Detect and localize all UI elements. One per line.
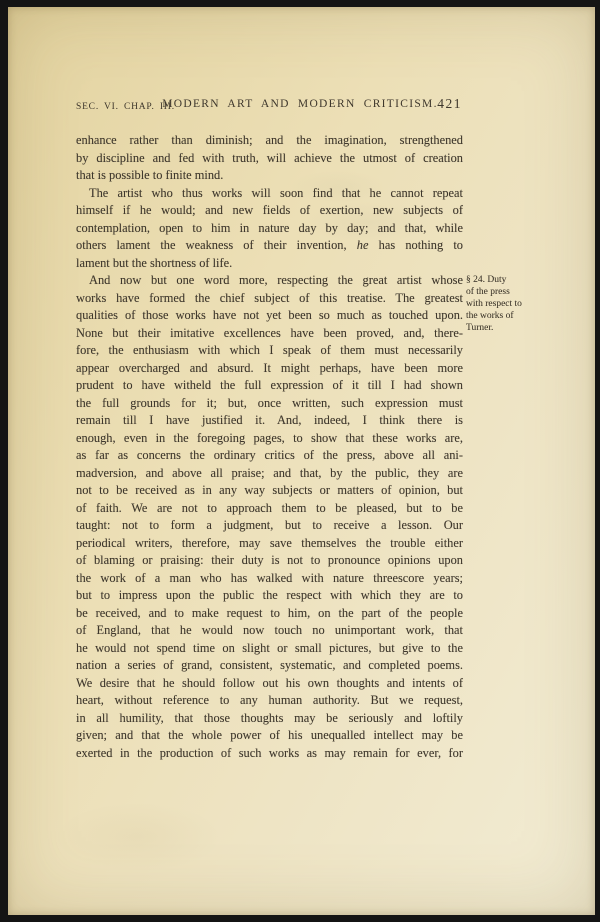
- text-line: given; and that the whole power of his u…: [76, 727, 463, 745]
- page-title: MODERN ART AND MODERN CRITICISM.: [0, 98, 600, 110]
- margin-note-line: Turner.: [466, 322, 552, 334]
- page-number: 421: [437, 96, 462, 112]
- text-line: None but their imitative excellences hav…: [76, 325, 463, 343]
- text-line: others lament the weakness of their inve…: [76, 237, 463, 255]
- text-line: remain till I have justified it. And, in…: [76, 412, 463, 430]
- text-line: of blaming or praising: their duty is no…: [76, 552, 463, 570]
- text-line: he would not spend time on slight or sma…: [76, 640, 463, 658]
- paragraph: And now but one word more, respecting th…: [76, 272, 463, 762]
- margin-note-line: the works of: [466, 310, 552, 322]
- text-line: the full grounds for it; but, once writt…: [76, 395, 463, 413]
- text-line: by discipline and fed with truth, will a…: [76, 150, 463, 168]
- text-line: periodical writers, therefore, may save …: [76, 535, 463, 553]
- text-line: that is possible to finite mind.: [76, 167, 463, 185]
- text-line: We desire that he should follow out his …: [76, 675, 463, 693]
- text-line: as far as concerns the ordinary critics …: [76, 447, 463, 465]
- margin-note-line: with respect to: [466, 298, 552, 310]
- text-line: works have formed the chief subject of t…: [76, 290, 463, 308]
- text-line: qualities of those works have not yet be…: [76, 307, 463, 325]
- text-line: appear overcharged and absurd. It might …: [76, 360, 463, 378]
- text-line: but to impress upon the public the respe…: [76, 587, 463, 605]
- text-line: lament but the shortness of life.: [76, 255, 463, 273]
- paragraph: enhance rather than diminish; and the im…: [76, 132, 463, 185]
- text-line: enhance rather than diminish; and the im…: [76, 132, 463, 150]
- text-line: of England, that he would now touch no u…: [76, 622, 463, 640]
- text-line: himself if he would; and new fields of e…: [76, 202, 463, 220]
- text-line: in all humility, that those thoughts may…: [76, 710, 463, 728]
- text-line: heart, without reference to any human au…: [76, 692, 463, 710]
- text-line: fore, the enthusiasm with which I speak …: [76, 342, 463, 360]
- text-line: exerted in the production of such works …: [76, 745, 463, 763]
- text-line: prudent to have witheld the full express…: [76, 377, 463, 395]
- text-line: be received, and to make request to him,…: [76, 605, 463, 623]
- margin-note: § 24. Dutyof the presswith respect tothe…: [466, 274, 552, 334]
- text-line: not to be received as in any way subject…: [76, 482, 463, 500]
- text-line: of faith. We are not to approach them to…: [76, 500, 463, 518]
- margin-note-line: of the press: [466, 286, 552, 298]
- body-text: enhance rather than diminish; and the im…: [76, 132, 463, 762]
- paragraph: The artist who thus works will soon find…: [76, 185, 463, 273]
- text-line: contemplation, open to him in nature day…: [76, 220, 463, 238]
- text-line: nation a series of grand, consistent, sy…: [76, 657, 463, 675]
- text-line: The artist who thus works will soon find…: [76, 185, 463, 203]
- text-line: taught: not to form a judgment, but to r…: [76, 517, 463, 535]
- book-scan: { "page": { "header": { "section": "SEC.…: [0, 0, 600, 922]
- running-header: SEC. VI. CHAP. III. MODERN ART AND MODER…: [0, 98, 600, 116]
- text-line: enough, even in the foregoing pages, to …: [76, 430, 463, 448]
- text-line: And now but one word more, respecting th…: [76, 272, 463, 290]
- text-line: madversion, and above all praise; and th…: [76, 465, 463, 483]
- margin-note-line: § 24. Duty: [466, 274, 552, 286]
- text-line: the work of a man who has walked with na…: [76, 570, 463, 588]
